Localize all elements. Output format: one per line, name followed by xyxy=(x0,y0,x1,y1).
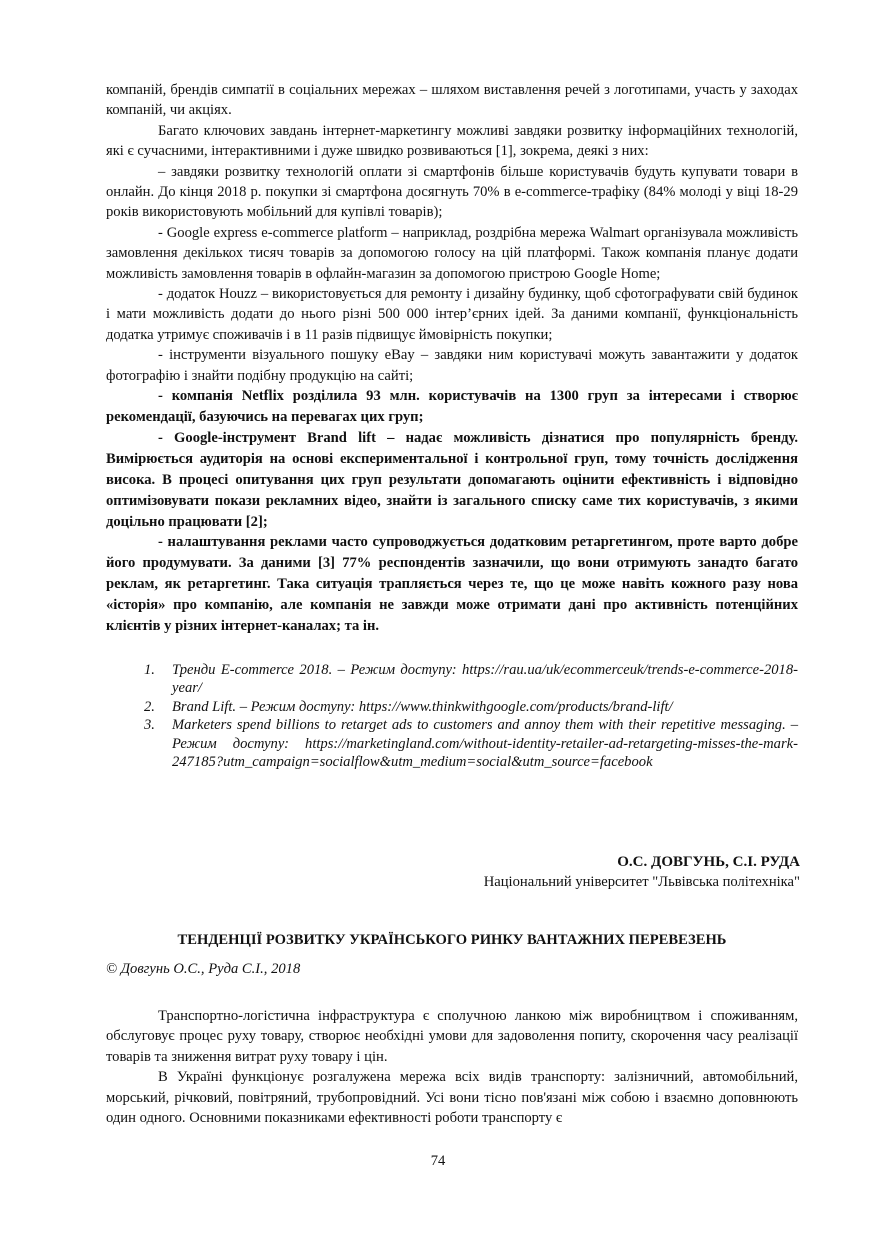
list-item: - інструменти візуального пошуку eBay – … xyxy=(106,345,798,386)
article-title: ТЕНДЕНЦІЇ РОЗВИТКУ УКРАЇНСЬКОГО РИНКУ ВА… xyxy=(106,932,798,949)
paragraph: Багато ключових завдань інтернет-маркети… xyxy=(106,121,798,162)
list-item: - налаштування реклами часто супроводжує… xyxy=(106,532,798,637)
references-list: 1. Тренди E-commerce 2018. – Режим досту… xyxy=(106,661,798,772)
reference-text: Тренди E-commerce 2018. – Режим доступу:… xyxy=(172,662,798,697)
list-item: – завдяки розвитку технологій оплати зі … xyxy=(106,162,798,223)
reference-number: 1. xyxy=(144,661,155,680)
reference-text: Brand Lift. – Режим доступу: https://www… xyxy=(172,699,673,715)
paragraph: Транспортно-логістична інфраструктура є … xyxy=(106,1006,798,1067)
author-names: О.С. ДОВГУНЬ, С.І. РУДА xyxy=(484,852,800,872)
list-item: - компанія Netflix розділила 93 млн. кор… xyxy=(106,386,798,428)
article-body: Транспортно-логістична інфраструктура є … xyxy=(106,1006,798,1128)
list-item: - Google express e-commerce platform – н… xyxy=(106,223,798,284)
reference-number: 2. xyxy=(144,698,155,717)
paragraph: В Україні функціонує розгалужена мережа … xyxy=(106,1067,798,1128)
paragraph: компаній, брендів симпатії в соціальних … xyxy=(106,80,798,121)
copyright-line: © Довгунь О.С., Руда С.І., 2018 xyxy=(106,961,300,978)
section1-paragraphs: компаній, брендів симпатії в соціальних … xyxy=(106,80,798,637)
reference-number: 3. xyxy=(144,716,155,735)
author-affiliation: Національний університет "Львівська полі… xyxy=(484,872,800,892)
reference-text: Marketers spend billions to retarget ads… xyxy=(172,717,798,770)
reference-item: 3. Marketers spend billions to retarget … xyxy=(144,716,798,772)
list-item: - Google-інструмент Brand lift – надає м… xyxy=(106,428,798,533)
reference-item: 2. Brand Lift. – Режим доступу: https://… xyxy=(144,698,798,717)
author-block: О.С. ДОВГУНЬ, С.І. РУДА Національний уні… xyxy=(484,852,800,892)
list-item: - додаток Houzz – використовується для р… xyxy=(106,284,798,345)
page-content: компаній, брендів симпатії в соціальних … xyxy=(106,80,798,772)
page-number: 74 xyxy=(0,1153,876,1170)
reference-item: 1. Тренди E-commerce 2018. – Режим досту… xyxy=(144,661,798,698)
